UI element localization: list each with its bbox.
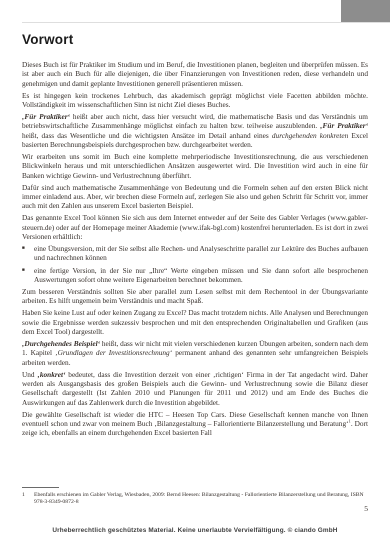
footnote-text: Ebenfalls erschienen im Gabler Verlag, W… xyxy=(34,492,368,506)
text-run: ‚konkret‘ xyxy=(37,370,65,379)
page-number: 5 xyxy=(364,504,368,513)
footnote: 1 Ebenfalls erschienen im Gabler Verlag,… xyxy=(22,492,368,506)
text-run: ‚Für Praktiker‘ xyxy=(320,121,368,130)
paragraph: Haben Sie keine Lust auf oder keinen Zug… xyxy=(22,308,368,336)
paragraph: Und ‚konkret‘ bedeutet, dass die Investi… xyxy=(22,370,368,407)
text-run: Und xyxy=(22,370,37,379)
paragraph: Wir erarbeiten uns somit im Buch eine ko… xyxy=(22,152,368,180)
paragraph: Zum besseren Verständnis sollten Sie abe… xyxy=(22,287,368,306)
paragraph: Dieses Buch ist für Praktiker im Studium… xyxy=(22,60,368,88)
text-run: Wir erarbeiten uns somit im Buch eine ko… xyxy=(22,152,368,180)
text-run: eine fertige Version, in der Sie nur „Ih… xyxy=(34,266,368,284)
header-rule xyxy=(22,22,390,23)
list-item: ■eine fertige Version, in der Sie nur „I… xyxy=(22,266,368,285)
text-run: eine Übungsversion, mit der Sie selbst a… xyxy=(34,244,368,262)
text-run: durchgehenden konkreten xyxy=(272,131,348,140)
text-run: Dieses Buch ist für Praktiker im Studium… xyxy=(22,60,368,88)
bullet-square-icon: ■ xyxy=(22,244,34,263)
text-run: Die gewählte Gesellschaft ist wieder die… xyxy=(22,410,368,428)
chapter-thumb-marker xyxy=(341,0,390,23)
list-item-text: eine Übungsversion, mit der Sie selbst a… xyxy=(34,244,368,263)
paragraph: ‚Für Praktiker‘ heißt aber auch nicht, d… xyxy=(22,112,368,149)
text-run: Es ist hingegen kein trockenes Lehrbuch,… xyxy=(22,91,368,109)
paragraph: Dafür sind auch mathematische Zusammenhä… xyxy=(22,183,368,211)
footnote-rule xyxy=(22,487,59,488)
text-run: heißt, dass das Wesentliche und die wich… xyxy=(22,131,272,140)
text-run: ‚Grundlagen der Investitionsrechnung‘ xyxy=(55,348,172,357)
bullet-square-icon: ■ xyxy=(22,266,34,285)
body-text: Dieses Buch ist für Praktiker im Studium… xyxy=(22,60,368,440)
text-run: Dafür sind auch mathematische Zusammenhä… xyxy=(22,183,368,211)
text-run: Das genannte Excel Tool können Sie sich … xyxy=(22,213,368,241)
list-item: ■eine Übungsversion, mit der Sie selbst … xyxy=(22,244,368,263)
paragraph: Die gewählte Gesellschaft ist wieder die… xyxy=(22,410,368,438)
text-run: ‚Für Praktiker‘ xyxy=(22,112,70,121)
list-item-text: eine fertige Version, in der Sie nur „Ih… xyxy=(34,266,368,285)
text-run: Zum besseren Verständnis sollten Sie abe… xyxy=(22,287,368,305)
text-run: heißt aber auch nicht, dass hier versuch… xyxy=(22,112,368,130)
text-run: ‚Durchgehendes Beispiel‘ xyxy=(22,339,100,348)
text-run: Haben Sie keine Lust auf oder keinen Zug… xyxy=(22,308,368,336)
paragraph: Das genannte Excel Tool können Sie sich … xyxy=(22,213,368,241)
paragraph: ‚Durchgehendes Beispiel‘ heißt, dass wir… xyxy=(22,339,368,367)
page-title: Vorwort xyxy=(22,32,73,47)
footnote-marker: 1 xyxy=(22,492,34,506)
text-run: bedeutet, dass die Investition derzeit v… xyxy=(22,370,368,407)
copyright-notice: Urheberrechtlich geschütztes Material. K… xyxy=(0,527,390,534)
paragraph: Es ist hingegen kein trockenes Lehrbuch,… xyxy=(22,91,368,110)
